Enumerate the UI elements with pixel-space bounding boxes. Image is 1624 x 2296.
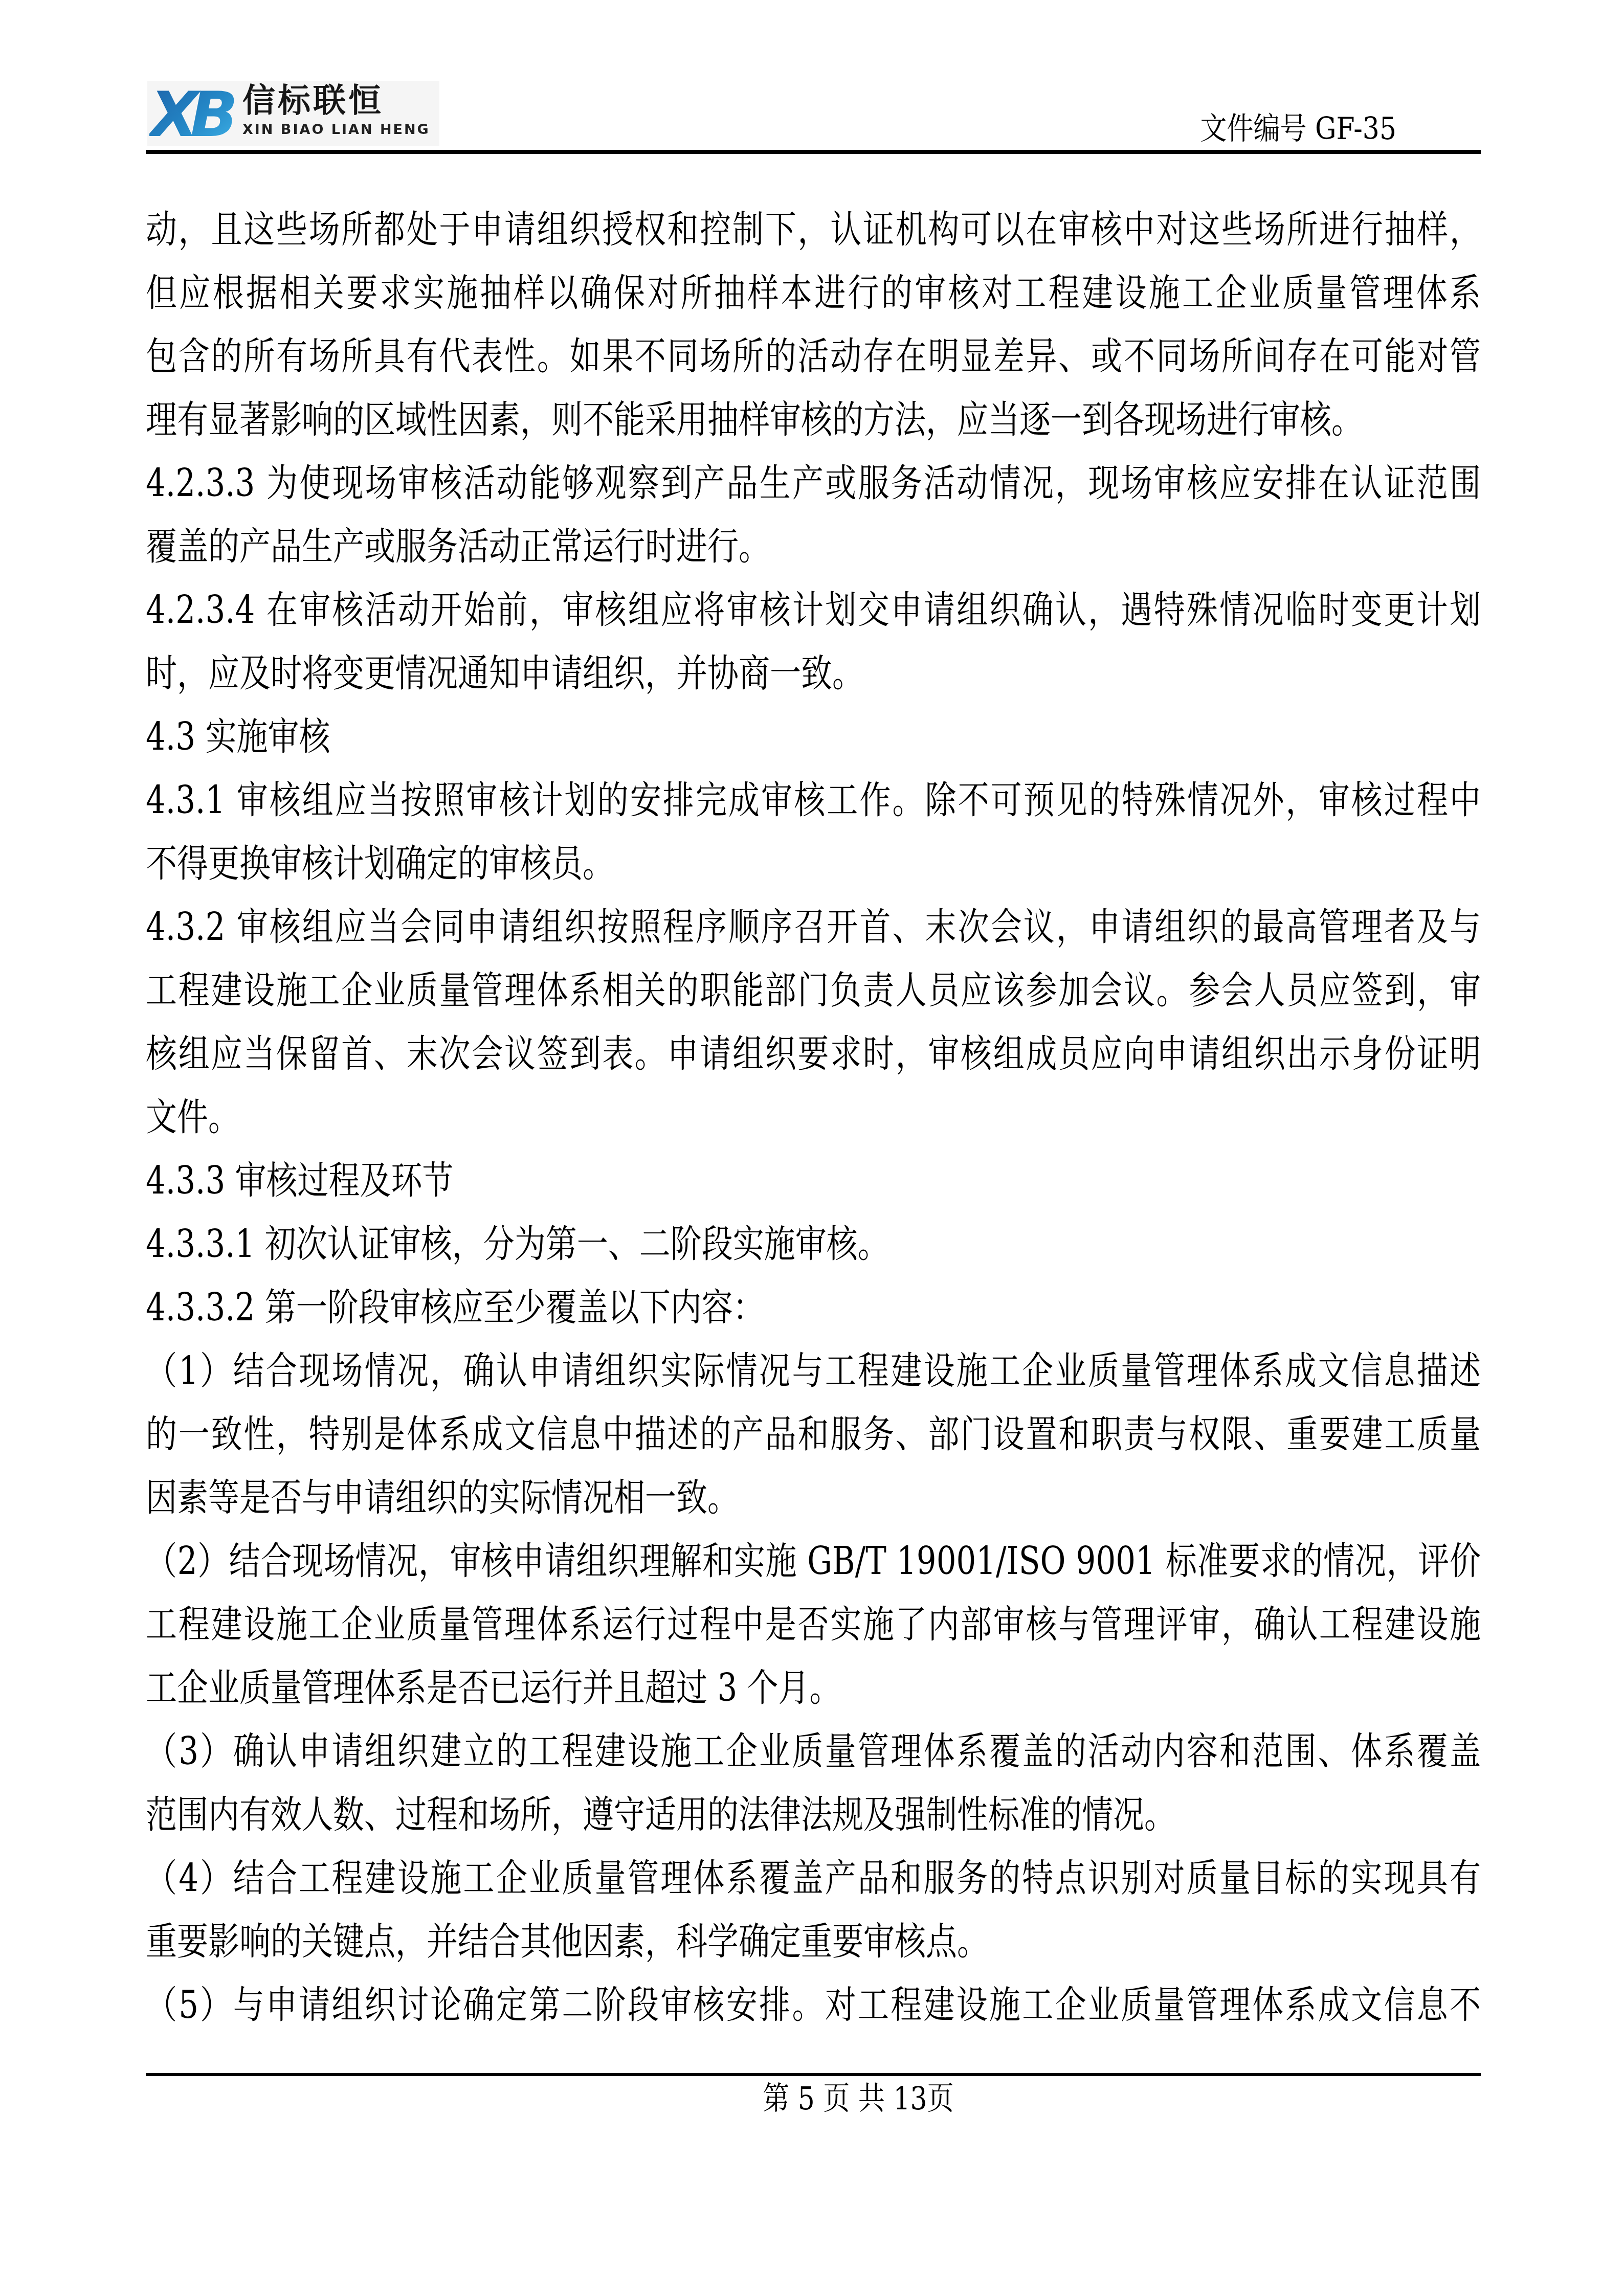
footer-page-number: 第 5 页 共 13页 [146, 2075, 1571, 2123]
text-line: （5）与申请组织讨论确定第二阶段审核安排。对工程建设施工企业质量管理体系成文信息… [146, 1967, 1481, 2044]
svg-text:XB: XB [149, 81, 234, 146]
logo-company-name-cn: 信标联恒 [242, 81, 430, 121]
document-body-text: 动，且这些场所都处于申请组织授权和控制下，认证机构可以在审核中对这些场所进行抽样… [146, 198, 1481, 2037]
logo-names: 信标联恒 XIN BIAO LIAN HENG [242, 81, 430, 139]
document-page: XB 信标联恒 XIN BIAO LIAN HENG 文件编号 GF-35 动，… [0, 0, 1624, 2296]
company-logo: XB 信标联恒 XIN BIAO LIAN HENG [147, 81, 439, 146]
doc-number-label: 文件编号 GF-35 [1200, 111, 1396, 147]
logo-company-name-en: XIN BIAO LIAN HENG [242, 121, 430, 139]
logo-xb-monogram-icon: XB [149, 81, 235, 146]
header-rule [146, 150, 1481, 154]
